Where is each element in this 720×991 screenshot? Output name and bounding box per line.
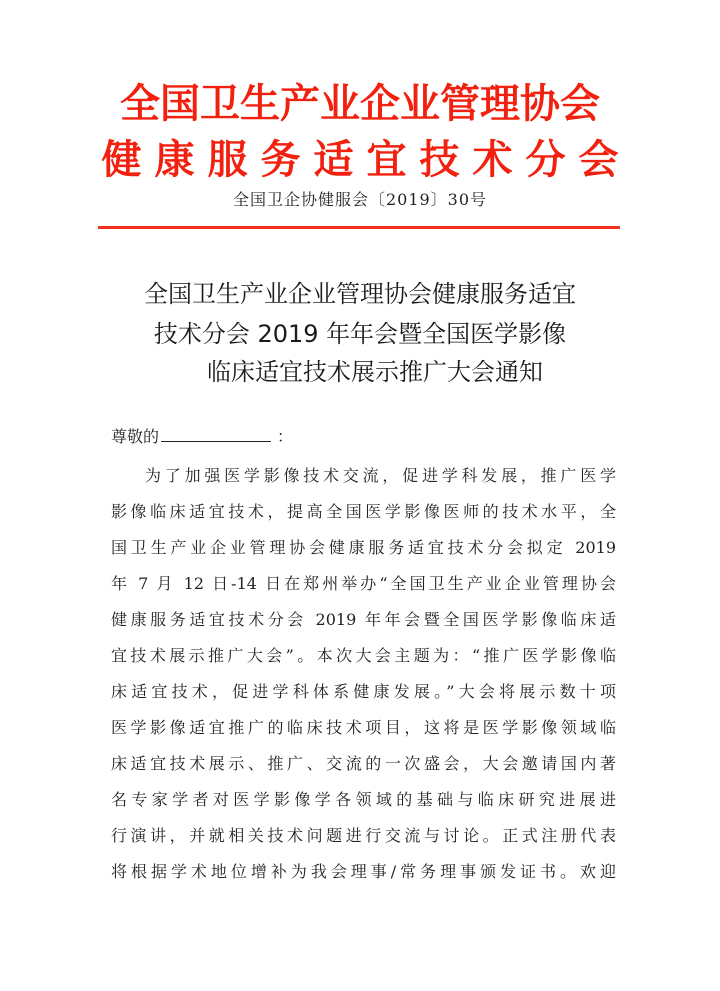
body-line: 健康服务适宜技术分会 2019 年年会暨全国医学影像临床适 — [111, 602, 616, 638]
body-line: 床适宜技术，促进学科体系健康发展。”大会将展示数十项 — [111, 674, 616, 710]
salutation-prefix: 尊敬的 — [111, 427, 159, 446]
notice-title-line-3: 临床适宜技术展示推广大会通知 — [0, 355, 720, 389]
body-line: 将根据学术地位增补为我会理事/常务理事颁发证书。欢迎 — [111, 854, 616, 890]
masthead-branch: 健康服务适宜技术分会 — [0, 136, 720, 184]
body-line: 床适宜技术展示、推广、交流的一次盛会，大会邀请国内著 — [111, 746, 616, 782]
body-line: 医学影像适宜推广的临床技术项目，这将是医学影像领域临 — [111, 710, 616, 746]
recipient-blank-line — [161, 425, 271, 442]
body-line: 行演讲，并就相关技术问题进行交流与讨论。正式注册代表 — [111, 818, 616, 854]
notice-title-line-1: 全国卫生产业企业管理协会健康服务适宜 — [0, 277, 720, 311]
salutation-colon: ： — [277, 427, 293, 446]
masthead-organization: 全国卫生产业企业管理协会 — [0, 80, 720, 128]
salutation: 尊敬的： — [111, 425, 293, 449]
notice-title-line-2: 技术分会 2019 年年会暨全国医学影像 — [0, 317, 720, 351]
notice-body: 为了加强医学影像技术交流，促进学科发展，推广医学 影像临床适宜技术，提高全国医学… — [111, 458, 616, 890]
body-line: 名专家学者对医学影像学各领域的基础与临床研究进展进 — [111, 782, 616, 818]
body-line: 为了加强医学影像技术交流，促进学科发展，推广医学 — [111, 458, 616, 494]
body-line: 宜技术展示推广大会”。本次大会主题为：“推广医学影像临 — [111, 638, 616, 674]
body-line: 影像临床适宜技术，提高全国医学影像医师的技术水平，全 — [111, 494, 616, 530]
body-line: 年 7 月 12 日-14 日在郑州举办“全国卫生产业企业管理协会 — [111, 566, 616, 602]
red-divider-rule — [98, 226, 620, 229]
document-number: 全国卫企协健服会〔2019〕30号 — [0, 188, 720, 212]
body-line: 国卫生产业企业管理协会健康服务适宜技术分会拟定 2019 — [111, 530, 616, 566]
